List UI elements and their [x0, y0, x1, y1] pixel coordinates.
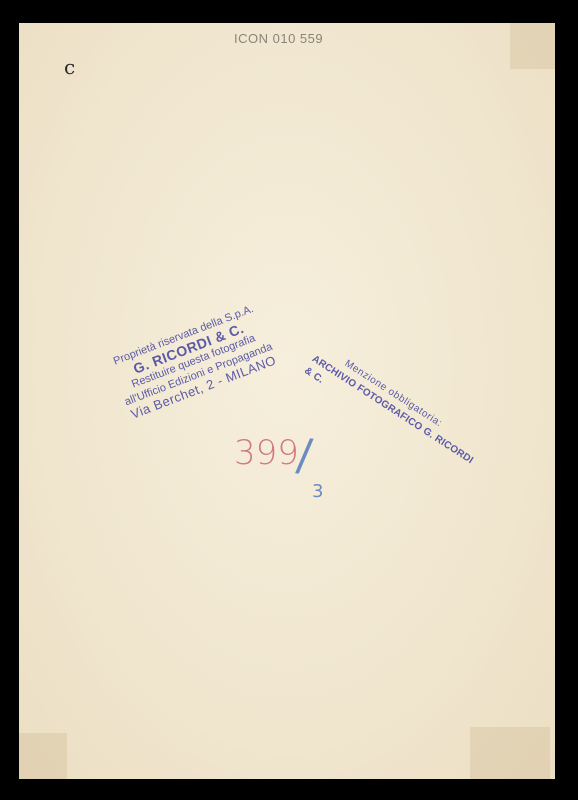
handwritten-number: 399	[234, 433, 299, 473]
ricordi-property-stamp: Proprietà riservata della S.p.A. G. RICO…	[97, 296, 290, 426]
pencil-inventory-id: ICON 010 559	[234, 31, 323, 46]
mount-tape-bottom-right	[470, 727, 550, 779]
handwritten-sub-number: 3	[312, 481, 323, 502]
archive-credit-stamp: Menzione obbligatoria: ARCHIVIO FOTOGRAF…	[301, 341, 483, 480]
mount-tape-bottom-left	[19, 733, 67, 779]
mount-tape-top-right	[510, 23, 555, 69]
photo-verso-paper: ICON 010 559 c Proprietà riservata della…	[19, 23, 555, 779]
pencil-mark: c	[64, 55, 75, 79]
stamp-line: ARCHIVIO FOTOGRAFICO G. RICORDI & C.	[301, 353, 476, 480]
